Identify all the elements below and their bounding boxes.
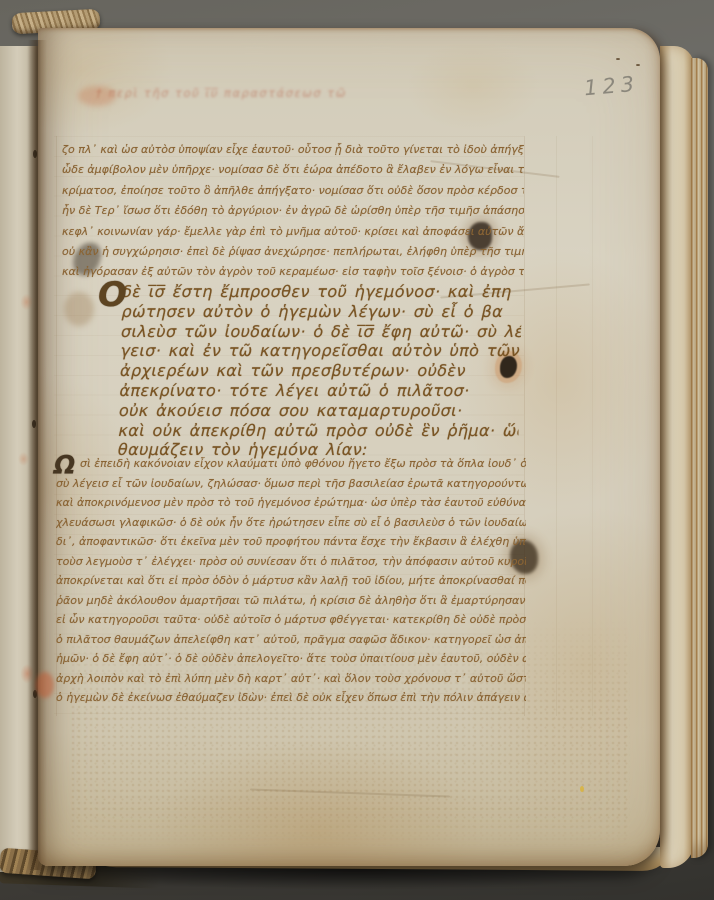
gospel-initial: Ο xyxy=(98,278,127,312)
text-line: ζο πλ᾽ καὶ ὡσ αὐτὸσ ὑποψίαν εἶχε ἑαυτοῦ·… xyxy=(62,140,524,160)
text-line: καὶ ἀποκρινόμενοσ μὲν πρὸσ τὸ τοῦ ἡγεμόν… xyxy=(56,493,526,513)
facing-page-edge xyxy=(0,46,38,872)
sewing-hole xyxy=(33,150,37,158)
photo-background: 123 † περὶ τῆσ τοῦ ι̅υ̅ παραστάσεωσ τῶ π… xyxy=(0,0,714,900)
text-line: ἦν δὲ Τερ᾽ ἴσωσ ὅτι ἐδόθη τὸ ἀργύριον· ἐ… xyxy=(62,201,524,221)
text-line: σιλεὺσ τῶν ἰουδαίων· ὁ δὲ ι̅σ̅ ἔφη αὐτῶ·… xyxy=(121,322,522,342)
text-line: τοὺσ λεγμοὺσ τ᾽ ἐλέγχει· πρὸσ οὐ συνίεσα… xyxy=(56,552,526,572)
text-line: καὶ ἠγόρασαν ἐξ αὐτῶν τὸν ἀγρὸν τοῦ κερα… xyxy=(62,262,524,282)
text-line: ἀρχιερέων καὶ τῶν πρεσβυτέρων· οὐδὲν xyxy=(120,361,521,381)
text-line: κεφλ᾽ κοινωνίαν γάρ· ἔμελλε γὰρ ἐπὶ τὸ μ… xyxy=(62,222,524,242)
text-line: εἰ ὧν κατηγοροῦσι ταῦτα· οὐδὲ αὐτοῖσ ὁ μ… xyxy=(56,610,526,630)
text-line: σὶ ἐπειδὴ κακόνοιαν εἶχον κλαύματι ὑπὸ φ… xyxy=(56,454,526,474)
text-line: ἀποκρίνεται καὶ ὅτι εἰ πρὸσ ὁδὸν ὁ μάρτυ… xyxy=(56,571,526,591)
ink-speck xyxy=(616,58,620,60)
ink-speck xyxy=(636,64,640,66)
text-line: δὲ ι̅σ̅ ἔστη ἔμπροσθεν τοῦ ἡγεμόνοσ· καὶ… xyxy=(122,282,523,302)
ruling-vertical xyxy=(592,136,593,716)
text-line: χλευάσωσι γλαφικῶσ· ὁ δὲ οὐκ ἦν ὅτε ἠρώτ… xyxy=(56,513,526,533)
text-line: ἀπεκρίνατο· τότε λέγει αὐτῶ ὁ πιλᾶτοσ· xyxy=(119,381,520,401)
text-line: ἀρχὴ λοιπὸν καὶ τὸ ἐπὶ λύπη μὲν δὴ καρτ᾽… xyxy=(56,669,526,689)
text-line: οὐ κἂν ἡ συγχώρησισ· ἐπεὶ δὲ ῥίψασ ἀνεχώ… xyxy=(62,242,524,262)
text-line: κρίματοσ, ἐποίησε τοῦτο ὃ ἀπῆλθε ἀπήγξατ… xyxy=(62,181,524,201)
ruling-vertical xyxy=(556,136,557,716)
text-line: δι᾽, ἀποφαντικῶσ· ὅτι ἐκεῖνα μὲν τοῦ προ… xyxy=(56,532,526,552)
fore-edge-sheet xyxy=(660,46,694,868)
text-line: ὁ ἡγεμὼν δὲ ἐκείνωσ ἐθαύμαζεν ἰδὼν· ἐπεὶ… xyxy=(56,688,526,708)
text-line: καὶ οὐκ ἀπεκρίθη αὐτῶ πρὸσ οὐδὲ ἓν ῥῆμα·… xyxy=(118,421,519,441)
text-line: ὁ πιλᾶτοσ θαυμάζων ἀπελείφθη κατ᾽ αὐτοῦ,… xyxy=(56,630,526,650)
sewing-hole xyxy=(32,420,36,428)
commentary-block-upper: ζο πλ᾽ καὶ ὡσ αὐτὸσ ὑποψίαν εἶχε ἑαυτοῦ·… xyxy=(62,140,524,283)
rubric-header: † περὶ τῆσ τοῦ ι̅υ̅ παραστάσεωσ τῶ πιλάτ… xyxy=(96,86,352,102)
text-line: σὺ λέγεισ εἶ τῶν ἰουδαίων, ζηλώσασ· ὅμωσ… xyxy=(56,474,526,494)
text-line: γεισ· καὶ ἐν τῶ κατηγορεῖσθαι αὐτὸν ὑπὸ … xyxy=(120,341,521,361)
sewing-hole xyxy=(33,690,37,698)
text-line: ῥᾶον μηδὲ ἀκόλουθον ἁμαρτῆσαι τῶ πιλάτω,… xyxy=(56,591,526,611)
commentary-initial: Ω xyxy=(54,452,75,477)
commentary-block-lower: σὶ ἐπειδὴ κακόνοιαν εἶχον κλαύματι ὑπὸ φ… xyxy=(56,454,526,708)
text-line: ὧδε ἀμφίβολον μὲν ὑπῆρχε· νομίσασ δὲ ὅτι… xyxy=(62,160,524,180)
folio-number: 123 xyxy=(583,72,640,101)
text-line: ἡμῶν· ὁ δὲ ἔφη αὐτ᾽· ὁ δὲ οὐδὲν ἀπελογεῖ… xyxy=(56,649,526,669)
text-line: ρώτησεν αὐτὸν ὁ ἡγεμὼν λέγων· σὺ εἶ ὁ βα xyxy=(121,302,522,322)
text-line: οὐκ ἀκούεισ πόσα σου καταμαρτυροῦσι· xyxy=(119,401,520,421)
fore-edge-stack xyxy=(691,58,708,858)
gospel-block: δὲ ι̅σ̅ ἔστη ἔμπροσθεν τοῦ ἡγεμόνοσ· καὶ… xyxy=(118,282,523,460)
